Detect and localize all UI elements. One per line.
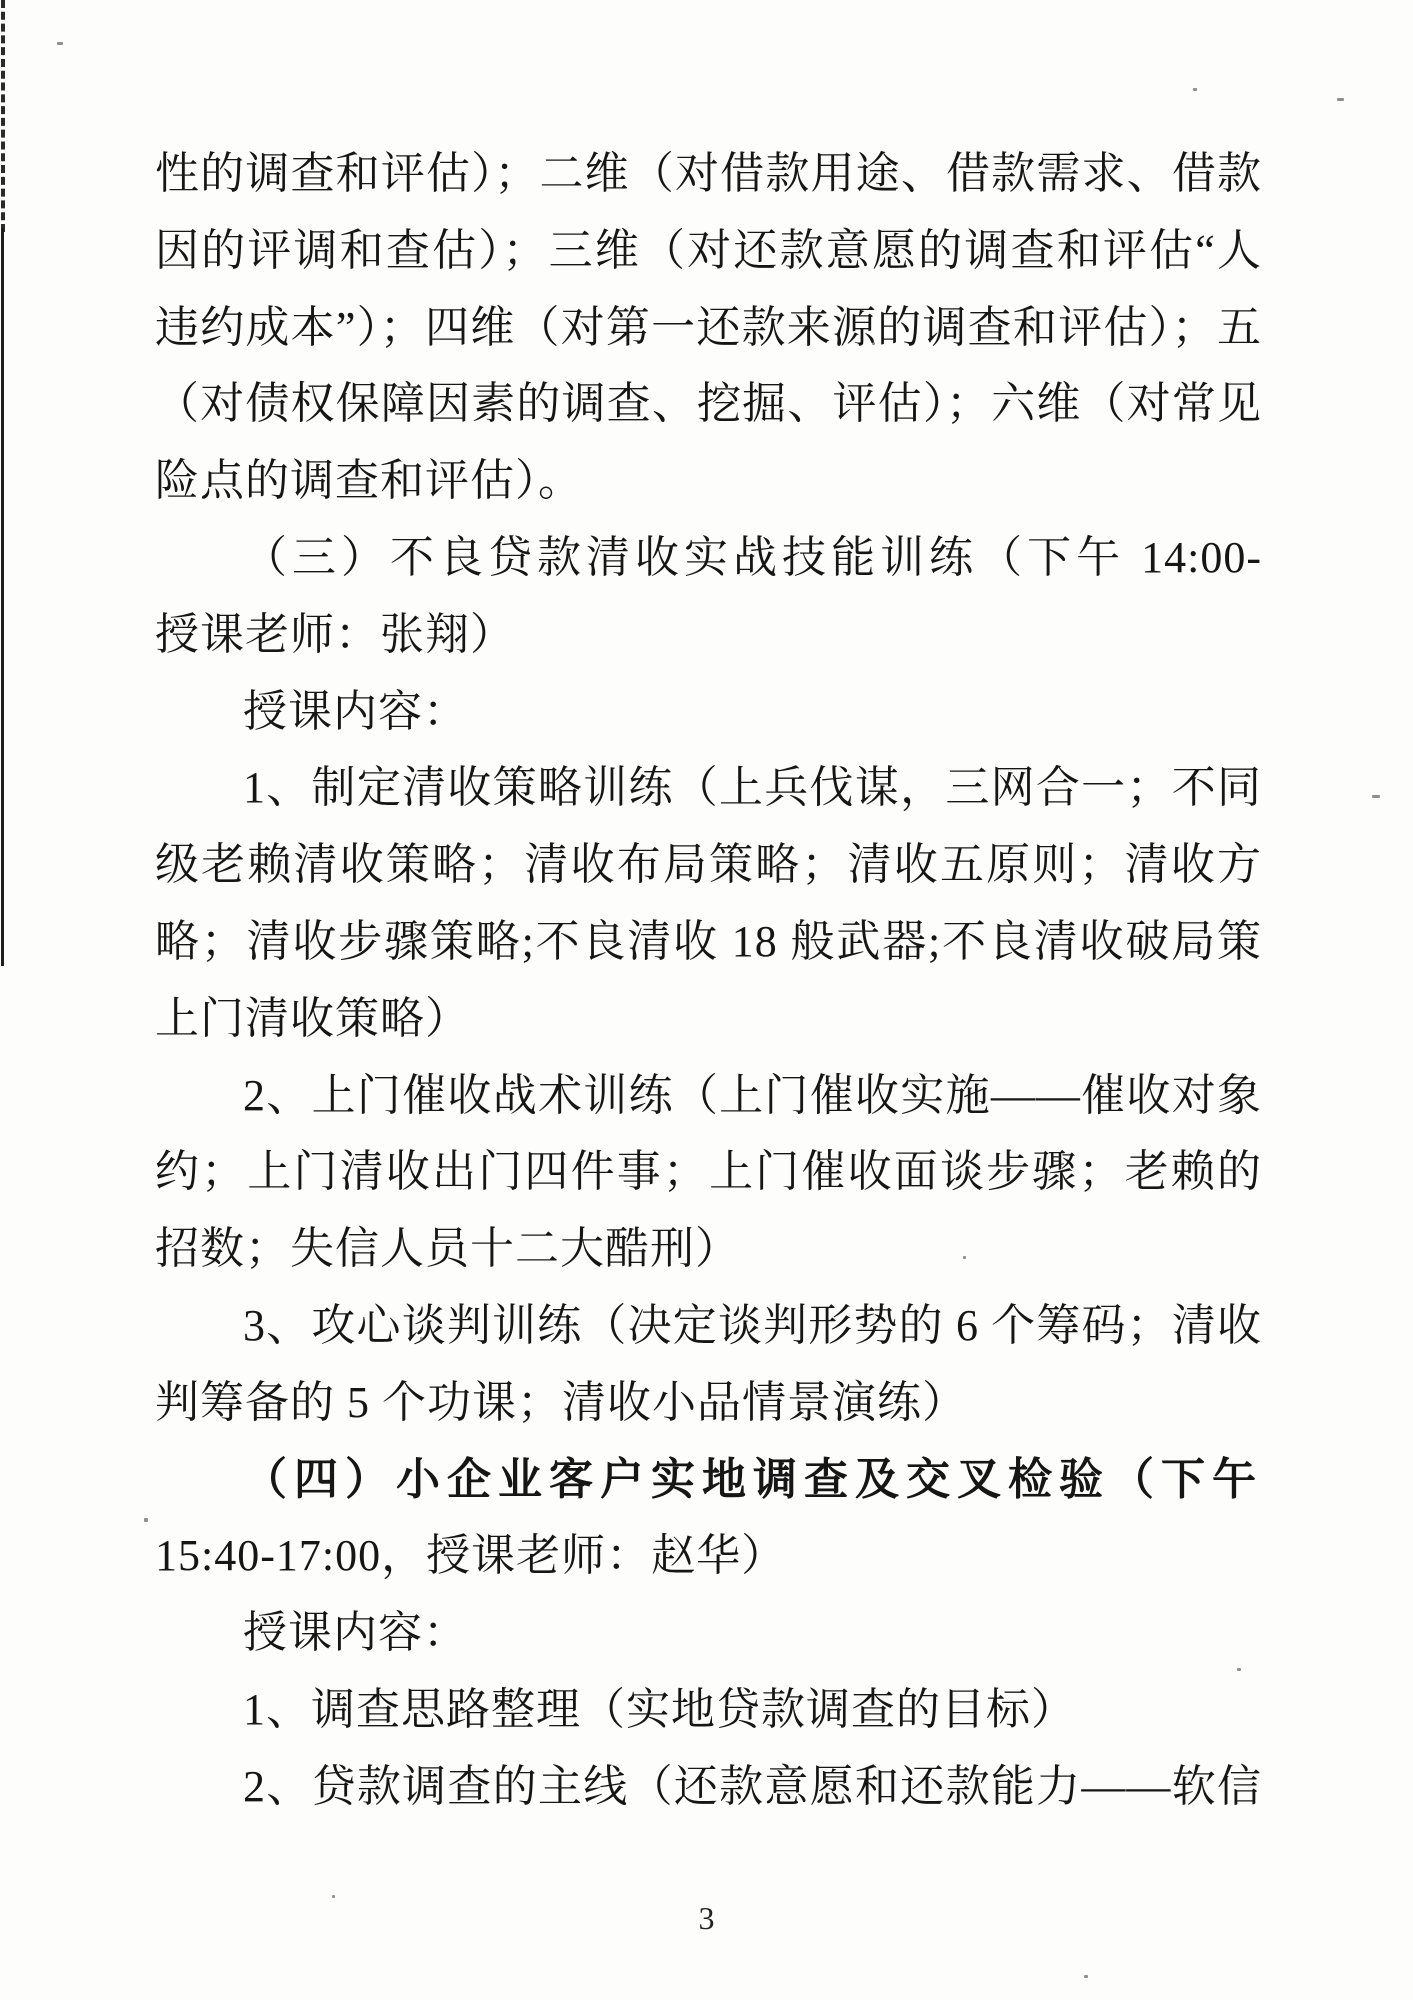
- scan-speck: [872, 342, 875, 345]
- scan-speck: [332, 1895, 335, 1898]
- text-line: 性的调查和评估）；二维（对借款用途、借款需求、借款原: [155, 136, 1262, 213]
- scan-speck: [1084, 1975, 1088, 1978]
- list-item: 1、调查思路整理（实地贷款调查的目标）: [155, 1672, 1262, 1749]
- text-line: 上门清收策略）: [155, 981, 1262, 1058]
- text-line: 授课内容：: [155, 1595, 1262, 1672]
- section-heading-three: （三）不良贷款清收实战技能训练（下午 14:00-15:30，: [155, 520, 1262, 597]
- scan-edge-artifact-dashed: [1, 0, 5, 232]
- list-item: 2、上门催收战术训练（上门催收实施——催收对象预: [155, 1058, 1262, 1135]
- document-body: 性的调查和评估）；二维（对借款用途、借款需求、借款原 因的评调和查估）；三维（对…: [155, 136, 1262, 1826]
- scan-speck: [144, 1518, 148, 1522]
- text-line: 因的评调和查估）；三维（对还款意愿的调查和评估“人品+: [155, 213, 1262, 290]
- scan-speck: [57, 42, 63, 45]
- text-line: 判筹备的 5 个功课；清收小品情景演练）: [155, 1365, 1262, 1442]
- scan-edge-artifact-solid: [1, 228, 4, 966]
- text-line: 略；清收步骤策略;不良清收 18 般武器;不良清收破局策略;: [155, 904, 1262, 981]
- list-item: 3、攻心谈判训练（决定谈判形势的 6 个筹码；清收谈: [155, 1288, 1262, 1365]
- section-heading-four: （四）小企业客户实地调查及交叉检验（下午: [155, 1442, 1262, 1519]
- text-line: 授课内容：: [155, 674, 1262, 751]
- scanned-document-page: 性的调查和评估）；二维（对借款用途、借款需求、借款原 因的评调和查估）；三维（对…: [0, 0, 1413, 2000]
- text-line: 15:40-17:00，授课老师：赵华）: [155, 1518, 1262, 1595]
- page-number: 3: [0, 1900, 1413, 1937]
- scan-speck: [420, 1337, 423, 1341]
- list-item: 1、制定清收策略训练（上兵伐谋，三网合一；不同等: [155, 750, 1262, 827]
- text-line: 招数；失信人员十二大酷刑）: [155, 1211, 1262, 1288]
- list-item: 2、贷款调查的主线（还款意愿和还款能力——软信息: [155, 1749, 1262, 1826]
- text-line: 级老赖清收策略；清收布局策略；清收五原则；清收方法策: [155, 827, 1262, 904]
- scan-speck: [1337, 98, 1344, 101]
- text-line: （对债权保障因素的调查、挖掘、评估）；六维（对常见风: [155, 366, 1262, 443]
- text-line: 约；上门清收出门四件事；上门催收面谈步骤；老赖的常用: [155, 1134, 1262, 1211]
- scan-speck: [1237, 1668, 1241, 1671]
- scan-speck: [1193, 88, 1197, 91]
- scan-speck: [963, 1256, 966, 1259]
- text-line: 违约成本”）；四维（对第一还款来源的调查和评估）；五维: [155, 290, 1262, 367]
- text-line: 险点的调查和评估）。: [155, 443, 1262, 520]
- scan-speck: [1372, 795, 1380, 798]
- text-line: 授课老师：张翔）: [155, 597, 1262, 674]
